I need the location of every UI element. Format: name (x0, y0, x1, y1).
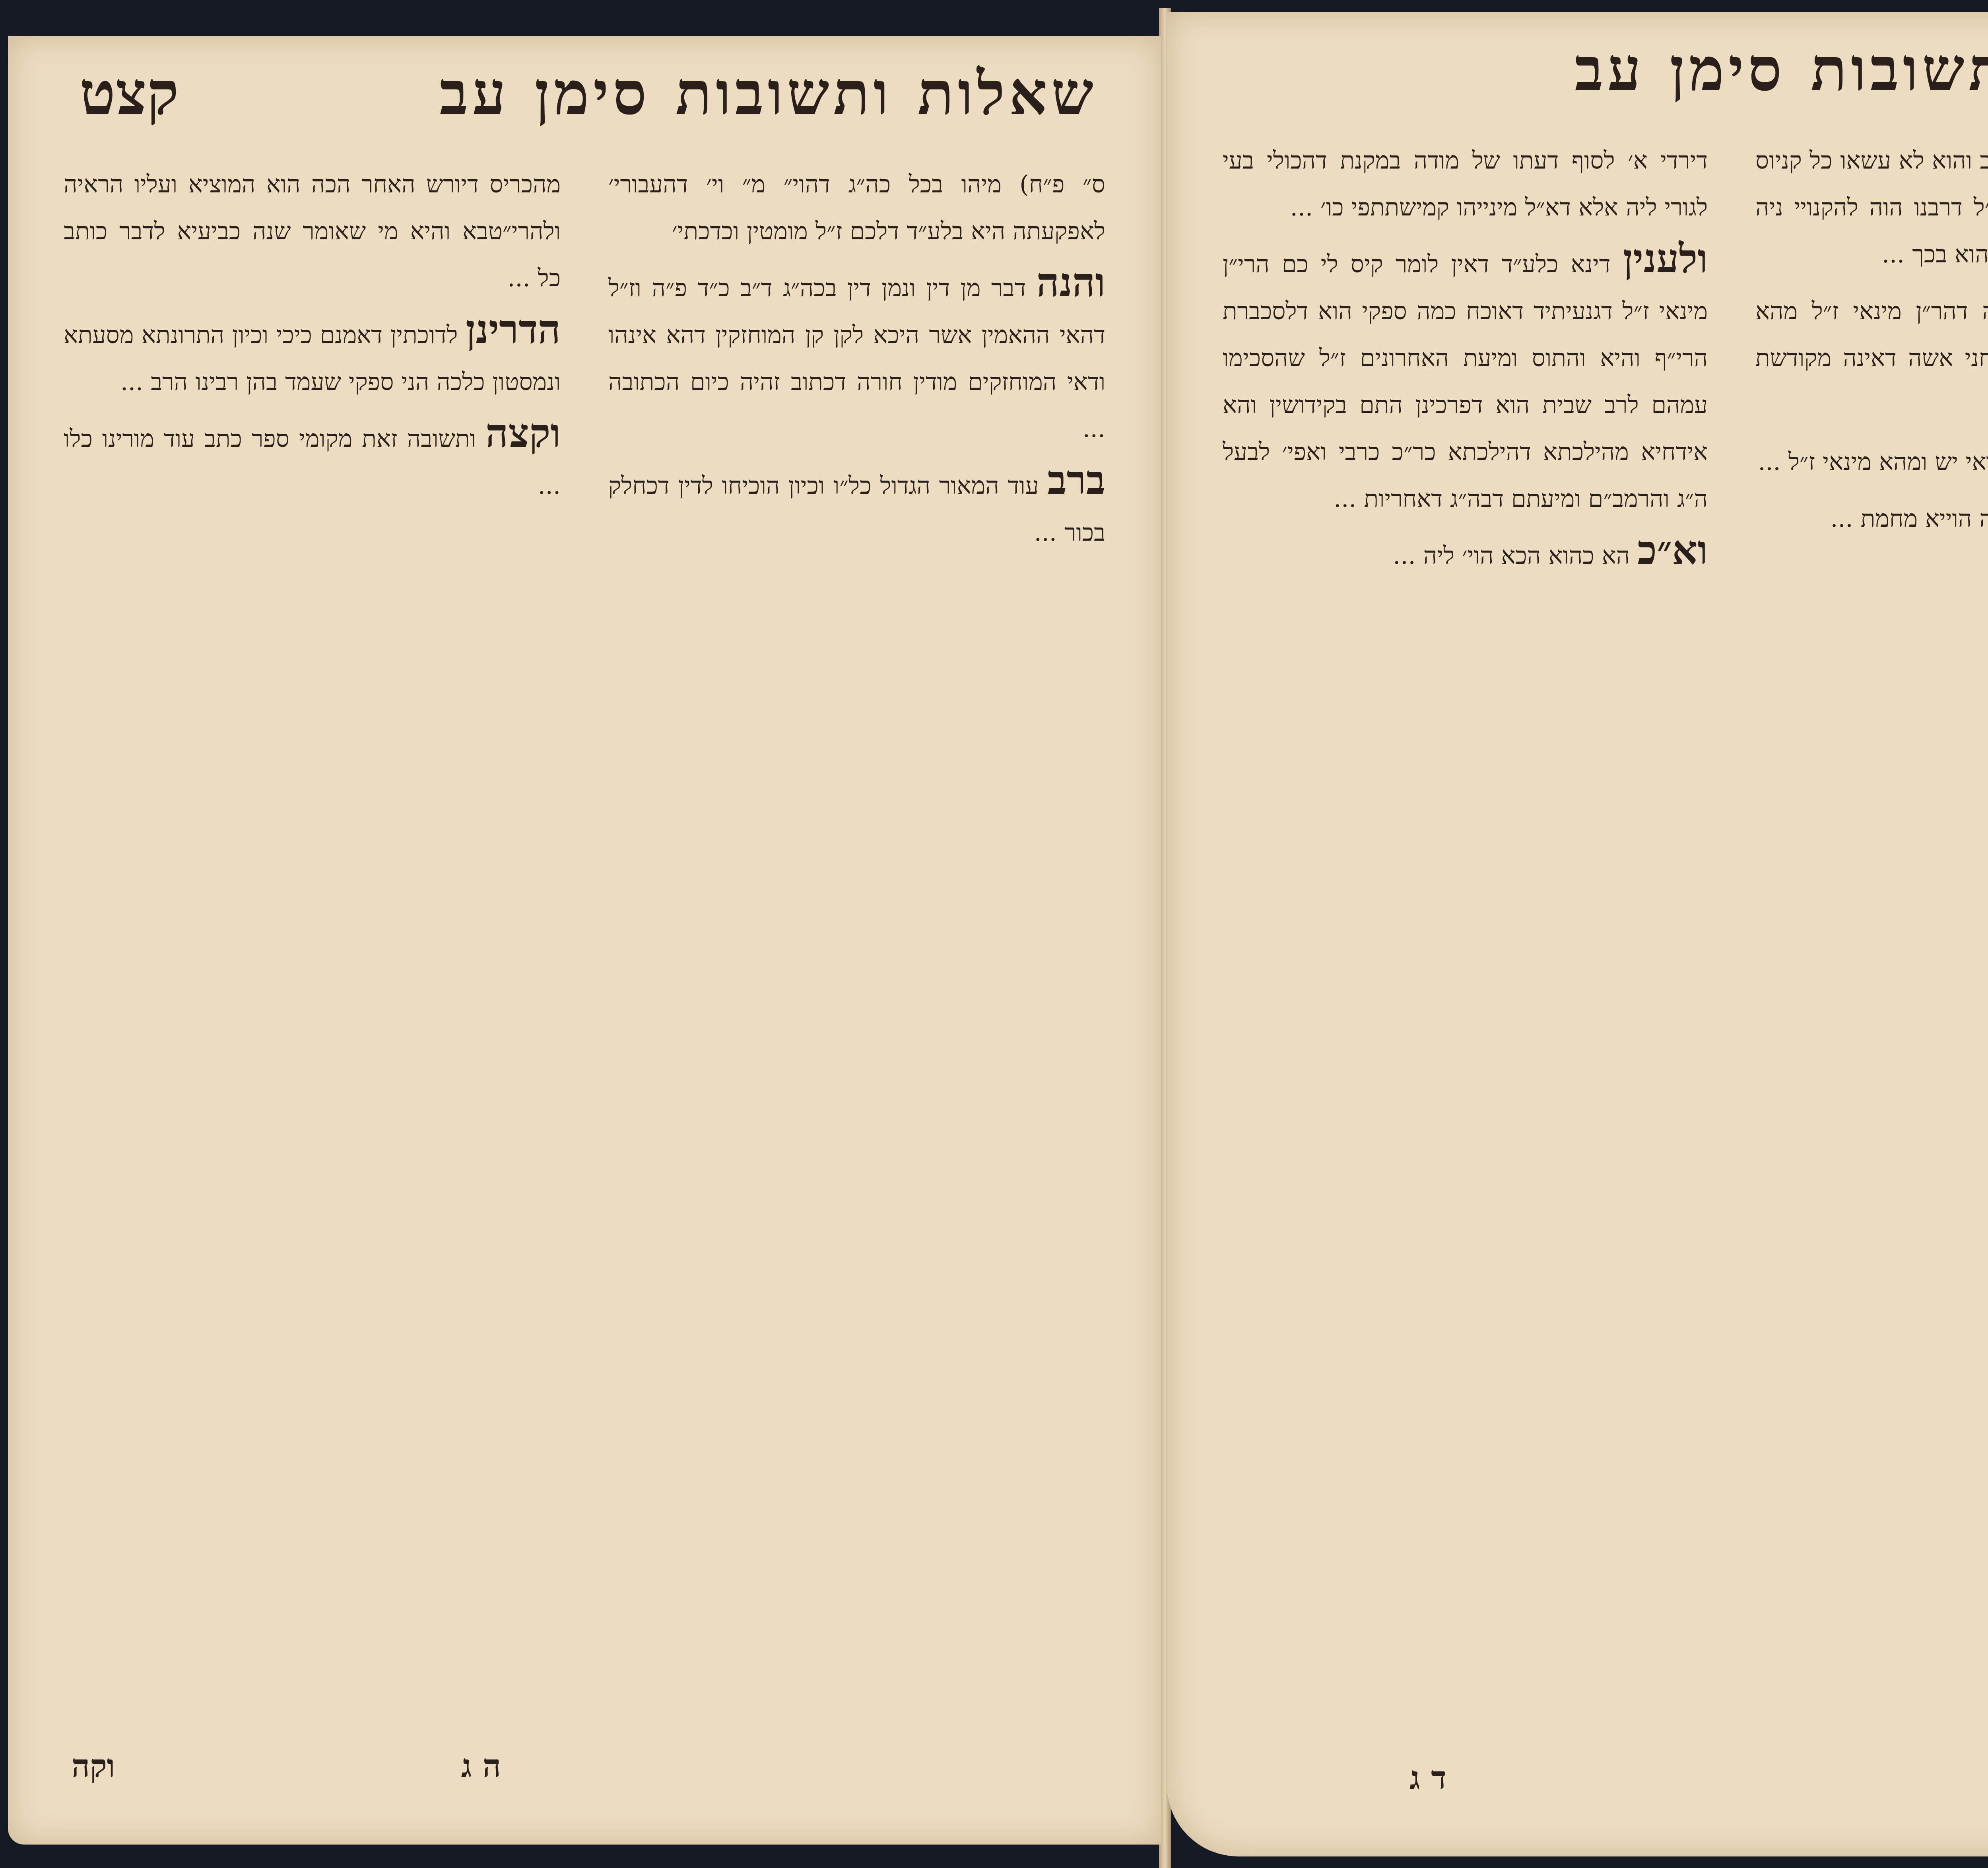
paragraph: ברב עוד המאור הגדול כל״ו וכיון הוכיחו לד… (608, 456, 1105, 556)
paragraph: אמנם ודאי דא״ל עליה דהר״ן מינאי ז״ל מהא … (1755, 282, 1988, 429)
text-columns: להקדתם על הגבהה מן בלבב והוא לא עשאו כל … (1223, 131, 1988, 1737)
left-page-header: שאלות ותשובות סימן עב קצט (80, 48, 1097, 139)
running-title: שאלות ותשובות סימן עב (439, 58, 1097, 128)
paragraph: דירדי א׳ לסוף דעתו של מודה במקנת דהכולי … (1223, 131, 1708, 231)
lead-word: ברב (1047, 456, 1105, 503)
paragraph: וא״ת הא גרסי׳ התם כמה הוייא מחמת ... (1755, 489, 1988, 542)
paragraph: וא״כ הא כהוא הכא הוי׳ ליה ... (1223, 526, 1708, 579)
left-page: שאלות ותשובות סימן עב קצט ס״ פ״ח) מיהו ב… (8, 36, 1161, 1845)
lead-word: והנה (1037, 259, 1105, 306)
lead-word: הדרינן (466, 306, 561, 353)
paragraph-text: עוד המאור הגדול כל״ו וכיון הוכיחו לדין ד… (608, 472, 1105, 547)
paragraph: מהכריס דיורש האחר הכה הוא המוציא ועליו ה… (64, 155, 561, 302)
signature-mark: ה ג (461, 1747, 501, 1785)
catchword: וקה (72, 1747, 115, 1785)
right-page: שאלות ותשובות סימן עב להקדתם על הגבהה מן… (1167, 12, 1988, 1856)
right-page-footer: ד ג (1231, 1749, 1988, 1797)
paragraph: הדרינן לדוכתין דאמנם כיכי וכיון התרונתא … (64, 306, 561, 405)
text-column-right: ס״ פ״ח) מיהו בכל כה״ג דהוי״ מ״ וי׳ דהעבו… (608, 155, 1105, 1725)
signature-mark: ד ג (1409, 1759, 1446, 1797)
text-column-right: להקדתם על הגבהה מן בלבב והוא לא עשאו כל … (1755, 131, 1988, 1737)
paragraph: אך מאורותא דמקיחתא ודאי יש ומהא מינאי ז״… (1755, 433, 1988, 485)
lead-word: וא״כ (1637, 526, 1708, 573)
lead-word: ולענין (1623, 235, 1708, 282)
paragraph-text: דירדי א׳ לסוף דעתו של מודה במקנת דהכולי … (1223, 147, 1708, 221)
text-columns: ס״ פ״ח) מיהו בכל כה״ג דהוי״ מ״ וי׳ דהעבו… (64, 155, 1105, 1725)
paragraph-text: מהכריס דיורש האחר הכה הוא המוציא ועליו ה… (64, 171, 561, 292)
paragraph: והנה דבר מן דין ונמן דין בכה״ג ד״ב כ״ד פ… (608, 259, 1105, 452)
right-page-header: שאלות ותשובות סימן עב (1239, 24, 1988, 115)
text-column-left: מהכריס דיורש האחר הכה הוא המוציא ועליו ה… (64, 155, 561, 1725)
left-page-footer: ה ג וקה (72, 1737, 1097, 1785)
paragraph-text: ס״ פ״ח) מיהו בכל כה״ג דהוי״ מ״ וי׳ דהעבו… (608, 171, 1105, 245)
paragraph-text: הא גרסי׳ התם כמה הוייא מחמת ... (1830, 505, 1988, 533)
paragraph-text: דינא כלע״ד דאין לומר קיס לי כם הרי״ן מינ… (1223, 250, 1708, 513)
paragraph: וקצה ותשובה זאת מקומי ספר כתב עוד מורינו… (64, 409, 561, 509)
paragraph-text: הא כהוא הכא הוי׳ ליה ... (1393, 542, 1630, 570)
paragraph-text: ודאי דא״ל עליה דהר״ן מינאי ז״ל מהא דאמר … (1755, 297, 1988, 419)
paragraph-text: מאורותא דמקיחתא ודאי יש ומהא מינאי ז״ל .… (1758, 448, 1988, 476)
running-title: שאלות ותשובות סימן עב (1574, 35, 1988, 105)
paragraph-text: להקדתם על הגבהה מן בלבב והוא לא עשאו כל … (1755, 147, 1988, 268)
folio-number: קצט (80, 58, 179, 128)
paragraph: ס״ פ״ח) מיהו בכל כה״ג דהוי״ מ״ וי׳ דהעבו… (608, 155, 1105, 255)
paragraph-text: דבר מן דין ונמן דין בכה״ג ד״ב כ״ד פ״ה וז… (608, 274, 1105, 443)
lead-word: וקצה (485, 409, 561, 456)
text-column-left: דירדי א׳ לסוף דעתו של מודה במקנת דהכולי … (1223, 131, 1708, 1737)
paragraph: ולענין דינא כלע״ד דאין לומר קיס לי כם הר… (1223, 235, 1708, 522)
paragraph: להקדתם על הגבהה מן בלבב והוא לא עשאו כל … (1755, 131, 1988, 278)
